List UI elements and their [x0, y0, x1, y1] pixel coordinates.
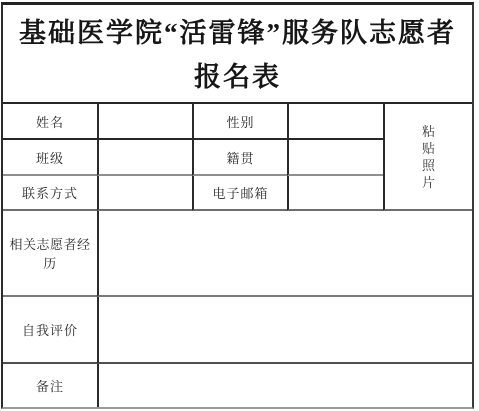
form-title-block: 基础医学院“活雷锋”服务队志愿者 报名表	[3, 5, 472, 104]
field-value-contact	[97, 176, 192, 211]
field-value-self-evaluation	[97, 297, 472, 364]
field-label-email: 电子邮箱	[192, 176, 287, 211]
field-label-contact: 联系方式	[3, 176, 97, 211]
field-label-native-place: 籍贯	[192, 140, 287, 176]
field-label-volunteer-experience: 相关志愿者经历	[3, 211, 97, 297]
photo-paste-label: 粘贴照片	[421, 123, 436, 191]
registration-form-table: 姓名 性别 粘贴照片 班级 籍贯 联系方式 电子邮箱 相关志愿者经历 自我评价	[3, 104, 472, 407]
field-value-class	[97, 140, 192, 176]
form-title-line-1: 基础医学院“活雷锋”服务队志愿者	[19, 11, 456, 55]
field-label-class: 班级	[3, 140, 97, 176]
field-value-email	[287, 176, 383, 211]
field-value-name	[97, 104, 192, 140]
field-value-remarks	[97, 364, 472, 407]
scanned-form-page: 基础医学院“活雷锋”服务队志愿者 报名表 姓名 性别 粘贴照片 班级 籍贯 联系…	[0, 0, 479, 411]
field-label-gender: 性别	[192, 104, 287, 140]
field-value-volunteer-experience	[97, 211, 472, 297]
form-title-line-2: 报名表	[194, 55, 281, 99]
photo-paste-area: 粘贴照片	[383, 104, 472, 211]
field-value-native-place	[287, 140, 383, 176]
field-label-name: 姓名	[3, 104, 97, 140]
field-label-remarks: 备注	[3, 364, 97, 407]
field-label-self-evaluation: 自我评价	[3, 297, 97, 364]
field-value-gender	[287, 104, 383, 140]
form-outer-frame: 基础医学院“活雷锋”服务队志愿者 报名表 姓名 性别 粘贴照片 班级 籍贯 联系…	[1, 2, 474, 409]
